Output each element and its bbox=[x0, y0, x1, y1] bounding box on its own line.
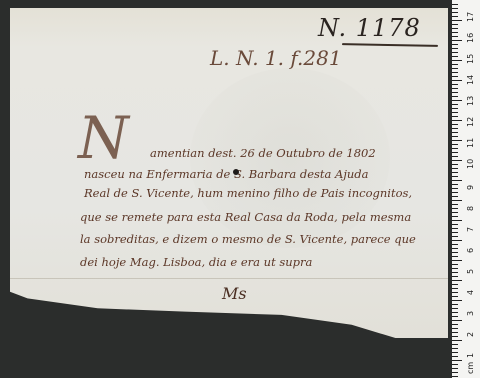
ruler-tick bbox=[452, 160, 462, 161]
ruler-tick bbox=[452, 116, 458, 117]
ruler-tick bbox=[452, 220, 462, 221]
ruler-tick bbox=[452, 16, 458, 17]
ruler-tick bbox=[452, 260, 462, 261]
ruler-tick bbox=[452, 332, 458, 333]
ruler-tick bbox=[452, 284, 458, 285]
ruler-tick bbox=[452, 164, 458, 165]
ruler-tick bbox=[452, 132, 458, 133]
ruler-tick bbox=[452, 180, 462, 181]
ruler-tick bbox=[452, 200, 462, 201]
ruler-tick bbox=[452, 56, 458, 57]
ruler-tick bbox=[452, 140, 462, 141]
body-line-5: la sobreditas, e dizem o mesmo de S. Vic… bbox=[80, 232, 416, 246]
ruler-tick bbox=[452, 208, 458, 209]
ruler-tick bbox=[452, 224, 458, 225]
ruler-tick bbox=[452, 8, 458, 9]
ruler-label: 14 bbox=[466, 75, 475, 85]
ruler-label: 8 bbox=[466, 206, 475, 211]
ruler-label: 12 bbox=[466, 117, 475, 127]
ruler-tick bbox=[452, 340, 462, 341]
ruler-label: 17 bbox=[466, 12, 475, 22]
ruler-tick bbox=[452, 316, 458, 317]
ruler-tick bbox=[452, 324, 458, 325]
ruler-tick bbox=[452, 272, 458, 273]
body-line-2: nasceu na Enfermaria de S. Barbara desta… bbox=[84, 167, 369, 181]
ruler-label: 16 bbox=[466, 33, 475, 43]
ruler-label: 9 bbox=[466, 185, 475, 190]
ruler-tick bbox=[452, 364, 458, 365]
ruler-tick bbox=[452, 212, 458, 213]
body-line-1: amentian dest. 26 de Outubro de 1802 bbox=[150, 146, 376, 160]
ruler-label: 2 bbox=[466, 332, 475, 337]
ruler-tick bbox=[452, 60, 462, 61]
ruler-tick bbox=[452, 156, 458, 157]
ruler-label: 11 bbox=[466, 138, 475, 148]
ruler-tick bbox=[452, 84, 458, 85]
ruler-tick bbox=[452, 288, 458, 289]
ruler-tick bbox=[452, 372, 458, 373]
ruler-tick bbox=[452, 120, 462, 121]
ruler-tick bbox=[452, 144, 458, 145]
ruler-tick bbox=[452, 4, 458, 5]
ruler-tick bbox=[452, 264, 458, 265]
ruler-tick bbox=[452, 188, 458, 189]
ruler-tick bbox=[452, 276, 458, 277]
ruler-tick bbox=[452, 360, 462, 361]
ruler-tick bbox=[452, 68, 458, 69]
ruler-tick bbox=[452, 20, 462, 21]
ink-blot bbox=[233, 169, 239, 175]
ruler-tick bbox=[452, 176, 458, 177]
ruler-tick bbox=[452, 100, 462, 101]
ruler-tick bbox=[452, 328, 458, 329]
ruler-tick bbox=[452, 148, 458, 149]
ruler-tick bbox=[452, 88, 458, 89]
ruler-label: 1 bbox=[466, 353, 475, 358]
ruler-tick bbox=[452, 236, 458, 237]
ruler-tick bbox=[452, 48, 458, 49]
ruler-tick bbox=[452, 28, 458, 29]
ruler-tick bbox=[452, 320, 462, 321]
body-line-6: dei hoje Mag. Lisboa, dia e era ut supra bbox=[80, 255, 312, 269]
ruler-tick bbox=[452, 376, 458, 377]
ruler-tick bbox=[452, 32, 458, 33]
ruler-tick bbox=[452, 112, 458, 113]
ruler-tick bbox=[452, 184, 458, 185]
ruler-label: 7 bbox=[466, 227, 475, 232]
ruler-tick bbox=[452, 204, 458, 205]
measurement-ruler: 1716151413121110987654321cm bbox=[452, 0, 480, 378]
ruler-tick bbox=[452, 296, 458, 297]
signature: Ms bbox=[222, 284, 247, 303]
ruler-tick bbox=[452, 348, 458, 349]
ruler-tick bbox=[452, 228, 458, 229]
ruler-tick bbox=[452, 24, 458, 25]
reference-number: N. 1178 bbox=[318, 14, 421, 42]
ruler-tick bbox=[452, 356, 458, 357]
ruler-tick bbox=[452, 12, 458, 13]
ruler-tick bbox=[452, 292, 458, 293]
ruler-tick bbox=[452, 192, 458, 193]
ruler-tick bbox=[452, 240, 462, 241]
ruler-tick bbox=[452, 72, 458, 73]
ruler-tick bbox=[452, 168, 458, 169]
ruler-label: 15 bbox=[466, 54, 475, 64]
ruler-tick bbox=[452, 256, 458, 257]
ruler-label: 4 bbox=[466, 290, 475, 295]
ruler-tick bbox=[452, 248, 458, 249]
ruler-tick bbox=[452, 64, 458, 65]
ruler-tick bbox=[452, 268, 458, 269]
ruler-tick bbox=[452, 252, 458, 253]
ruler-tick bbox=[452, 80, 462, 81]
ruler-tick bbox=[452, 152, 458, 153]
ruler-tick bbox=[452, 92, 458, 93]
ruler-tick bbox=[452, 172, 458, 173]
ruler-tick bbox=[452, 244, 458, 245]
ruler-tick bbox=[452, 312, 458, 313]
ruler-tick bbox=[452, 36, 458, 37]
ledger-reference: L. N. 1. f.281 bbox=[210, 46, 342, 70]
ruler-tick bbox=[452, 216, 458, 217]
ruler-tick bbox=[452, 280, 462, 281]
ruler-tick bbox=[452, 232, 458, 233]
ruler-tick bbox=[452, 44, 458, 45]
ruler-label: 13 bbox=[466, 96, 475, 106]
ruler-tick bbox=[452, 136, 458, 137]
ruler-label: 3 bbox=[466, 311, 475, 316]
ruler-unit-label: cm bbox=[466, 362, 475, 374]
ruler-tick bbox=[452, 40, 462, 41]
body-line-3: Real de S. Vicente, hum menino filho de … bbox=[84, 186, 412, 200]
ruler-label: 5 bbox=[466, 269, 475, 274]
ruler-tick bbox=[452, 300, 462, 301]
body-line-4: que se remete para esta Real Casa da Rod… bbox=[80, 210, 411, 224]
initial-letter: N bbox=[78, 104, 129, 172]
ruler-tick bbox=[452, 128, 458, 129]
ruler-tick bbox=[452, 368, 458, 369]
ruler-tick bbox=[452, 96, 458, 97]
ruler-tick bbox=[452, 76, 458, 77]
ruler-label: 10 bbox=[466, 159, 475, 169]
ruler-tick bbox=[452, 124, 458, 125]
ruler-tick bbox=[452, 352, 458, 353]
ruler-tick bbox=[452, 196, 458, 197]
ruler-label: 6 bbox=[466, 248, 475, 253]
ruler-tick bbox=[452, 108, 458, 109]
ruler-tick bbox=[452, 344, 458, 345]
ruler-tick bbox=[452, 304, 458, 305]
ruler-tick bbox=[452, 104, 458, 105]
ruler-tick bbox=[452, 336, 458, 337]
ruler-tick bbox=[452, 52, 458, 53]
ruler-tick bbox=[452, 308, 458, 309]
